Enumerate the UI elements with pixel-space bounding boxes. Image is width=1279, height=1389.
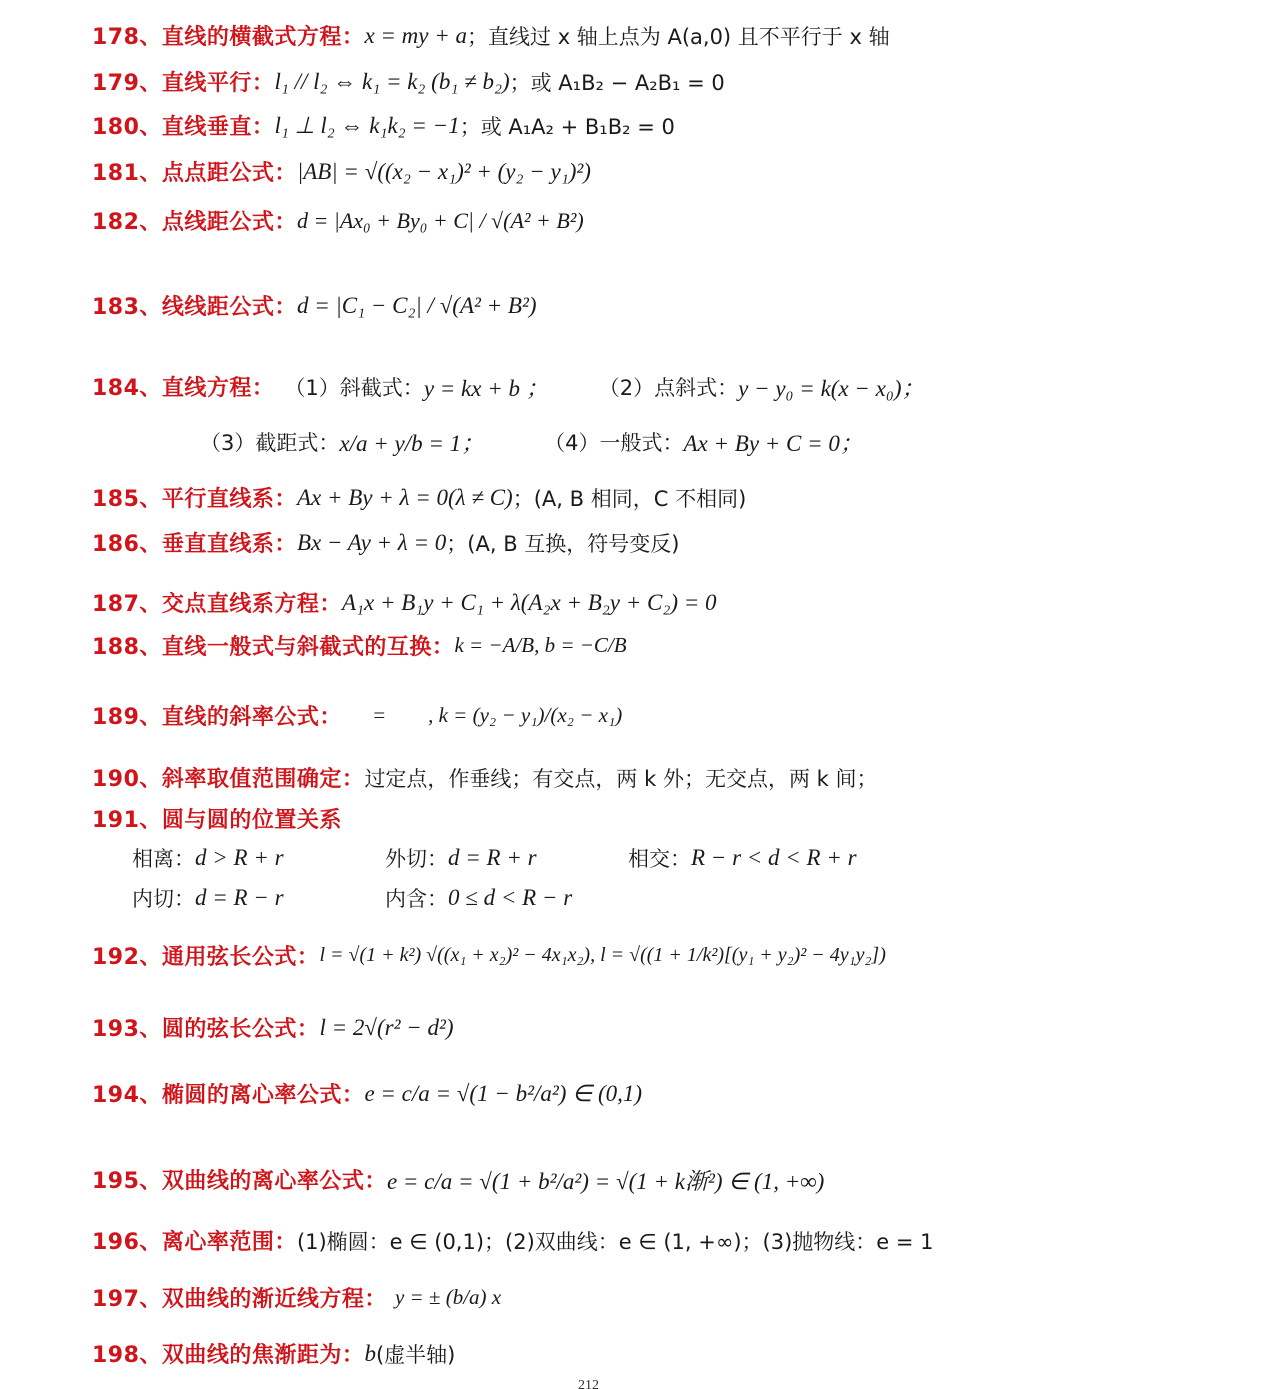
item-heading: 196、离心率范围： [92, 1225, 297, 1256]
formula: l₁ ⊥ l₂ ⇔ k₁k₂ = −1 [274, 113, 459, 139]
note: ；或 A₁B₂ − A₂B₁ = 0 [510, 67, 725, 97]
relation-label: 内切： [132, 883, 195, 913]
formula-item-186: 186、垂直直线系： Bx − Ay + λ = 0 ；(A, B 互换，符号变… [92, 527, 679, 558]
formula: l = 2√(r² − d²) [319, 1015, 453, 1041]
relation-formula: d = R − r [195, 885, 385, 911]
relation-label: 相交： [628, 843, 691, 873]
formula: Ax + By + λ = 0(λ ≠ C) [297, 485, 513, 511]
formula: A₁x + B₁y + C₁ + λ(A₂x + B₂y + C₂) = 0 [342, 590, 717, 616]
formula-item-189: 189、直线的斜率公式： = , k = (y₂ − y₁)/(x₂ − x₁) [92, 700, 622, 731]
formula: d = |Ax₀ + By₀ + C| / √(A² + B²) [297, 208, 584, 234]
item-heading: 181、点点距公式： [92, 156, 297, 187]
item-heading: 198、双曲线的焦渐距为： [92, 1338, 364, 1369]
note: ；(A, B 相同，C 不相同) [513, 483, 747, 513]
relation-formula: 0 ≤ d < R − r [448, 885, 572, 911]
formula: b [364, 1341, 376, 1367]
note: ；或 A₁A₂ + B₁B₂ = 0 [460, 111, 675, 141]
formula-item-198: 198、双曲线的焦渐距为： b (虚半轴) [92, 1338, 455, 1369]
formula-item-188: 188、直线一般式与斜截式的互换： k = −A/B, b = −C/B [92, 630, 627, 661]
form-label: （2）点斜式： [599, 372, 738, 402]
formula-item-195: 195、双曲线的离心率公式： e = c/a = √(1 + b²/a²) = … [92, 1163, 824, 1196]
item-heading: 184、直线方程： [92, 371, 274, 402]
item-heading: 193、圆的弦长公式： [92, 1012, 319, 1043]
formula-item-184: 184、直线方程： （1）斜截式： y = kx + b ； （2）点斜式： y… [92, 370, 925, 403]
relation-label: 相离： [132, 843, 195, 873]
formula: Bx − Ay + λ = 0 [297, 530, 446, 556]
formula-item-183: 183、线线距公式： d = |C₁ − C₂| / √(A² + B²) [92, 290, 537, 321]
circle-relations-row-2: 内切： d = R − r 内含： 0 ≤ d < R − r [132, 883, 572, 913]
relation-label: 内含： [385, 883, 448, 913]
item-heading: 183、线线距公式： [92, 290, 297, 321]
formula: l₁ // l₂ ⇔ k₁ = k₂ (b₁ ≠ b₂) [274, 69, 509, 95]
note: (虚半轴) [376, 1339, 455, 1369]
note: 过定点，作垂线；有交点，两 k 外；无交点，两 k 间； [364, 763, 877, 793]
formula-item-191: 191、圆与圆的位置关系 [92, 803, 342, 834]
item-heading: 185、平行直线系： [92, 482, 297, 513]
formula: Ax + By + C = 0； [684, 425, 863, 458]
note: ；直线过 x 轴上点为 A(a,0) 且不平行于 x 轴 [467, 21, 890, 51]
formula-item-190: 190、斜率取值范围确定： 过定点，作垂线；有交点，两 k 外；无交点，两 k … [92, 762, 877, 793]
page-number: 212 [578, 1378, 599, 1389]
formula: d = |C₁ − C₂| / √(A² + B²) [297, 293, 537, 319]
formula: k = −A/B, b = −C/B [454, 633, 626, 658]
item-heading: 182、点线距公式： [92, 205, 297, 236]
item-heading: 195、双曲线的离心率公式： [92, 1164, 387, 1195]
note: (1)椭圆：e ∈ (0,1)；(2)双曲线：e ∈ (1, +∞)；(3)抛物… [297, 1226, 934, 1256]
formula-item-181: 181、点点距公式： |AB| = √((x₂ − x₁)² + (y₂ − y… [92, 156, 591, 187]
formula-item-187: 187、交点直线系方程： A₁x + B₁y + C₁ + λ(A₂x + B₂… [92, 587, 717, 618]
circle-relations-row-1: 相离： d > R + r 外切： d = R + r 相交： R − r < … [132, 843, 857, 873]
item-heading: 191、圆与圆的位置关系 [92, 803, 342, 834]
formula-item-192: 192、通用弦长公式： l = √(1 + k²) √((x₁ + x₂)² −… [92, 940, 886, 971]
item-heading: 186、垂直直线系： [92, 527, 297, 558]
formula: e = c/a = √(1 + b²/a²) = √(1 + k渐²) ∈ (1… [387, 1163, 824, 1196]
item-heading: 187、交点直线系方程： [92, 587, 342, 618]
item-heading: 197、双曲线的渐近线方程： [92, 1282, 387, 1313]
formula-item-185: 185、平行直线系： Ax + By + λ = 0(λ ≠ C) ；(A, B… [92, 482, 746, 513]
formula: |AB| = √((x₂ − x₁)² + (y₂ − y₁)²) [297, 159, 591, 185]
formula: x/a + y/b = 1； [339, 425, 484, 458]
formula-item-180: 180、直线垂直： l₁ ⊥ l₂ ⇔ k₁k₂ = −1 ；或 A₁A₂ + … [92, 110, 675, 141]
formula-item-182: 182、点线距公式： d = |Ax₀ + By₀ + C| / √(A² + … [92, 205, 584, 236]
formula-item-196: 196、离心率范围： (1)椭圆：e ∈ (0,1)；(2)双曲线：e ∈ (1… [92, 1225, 934, 1256]
relation-formula: d = R + r [448, 845, 628, 871]
formula-item-179: 179、直线平行： l₁ // l₂ ⇔ k₁ = k₂ (b₁ ≠ b₂) ；… [92, 66, 725, 97]
item-heading: 178、直线的横截式方程： [92, 20, 364, 51]
formula-item-193: 193、圆的弦长公式： l = 2√(r² − d²) [92, 1012, 454, 1043]
formula: y − y₀ = k(x − x₀)； [738, 370, 924, 403]
item-heading: 179、直线平行： [92, 66, 274, 97]
item-heading: 180、直线垂直： [92, 110, 274, 141]
relation-label: 外切： [385, 843, 448, 873]
formula-item-197: 197、双曲线的渐近线方程： y = ± (b/a) x [92, 1282, 501, 1313]
relation-formula: R − r < d < R + r [691, 845, 857, 871]
formula: e = c/a = √(1 − b²/a²) ∈ (0,1) [364, 1081, 642, 1107]
formula: y = kx + b ； [424, 370, 549, 403]
formula-item-178: 178、直线的横截式方程： x = my + a ；直线过 x 轴上点为 A(a… [92, 20, 890, 51]
formula-item-184-cont: （3）截距式： x/a + y/b = 1； （4）一般式： Ax + By +… [200, 425, 863, 458]
item-heading: 194、椭圆的离心率公式： [92, 1078, 364, 1109]
formula: l = √(1 + k²) √((x₁ + x₂)² − 4x₁x₂), l =… [319, 944, 885, 967]
formula: x = my + a [364, 23, 467, 49]
formula-item-194: 194、椭圆的离心率公式： e = c/a = √(1 − b²/a²) ∈ (… [92, 1078, 642, 1109]
form-label: （3）截距式： [200, 427, 339, 457]
item-heading: 190、斜率取值范围确定： [92, 762, 364, 793]
item-heading: 189、直线的斜率公式： [92, 700, 342, 731]
relation-formula: d > R + r [195, 845, 385, 871]
note: ；(A, B 互换，符号变反) [446, 528, 679, 558]
item-heading: 188、直线一般式与斜截式的互换： [92, 630, 454, 661]
form-label: （4）一般式： [544, 427, 683, 457]
item-heading: 192、通用弦长公式： [92, 940, 319, 971]
formula: = , k = (y₂ − y₁)/(x₂ − x₁) [372, 703, 622, 728]
formula: y = ± (b/a) x [395, 1285, 501, 1310]
form-label: （1）斜截式： [284, 372, 423, 402]
